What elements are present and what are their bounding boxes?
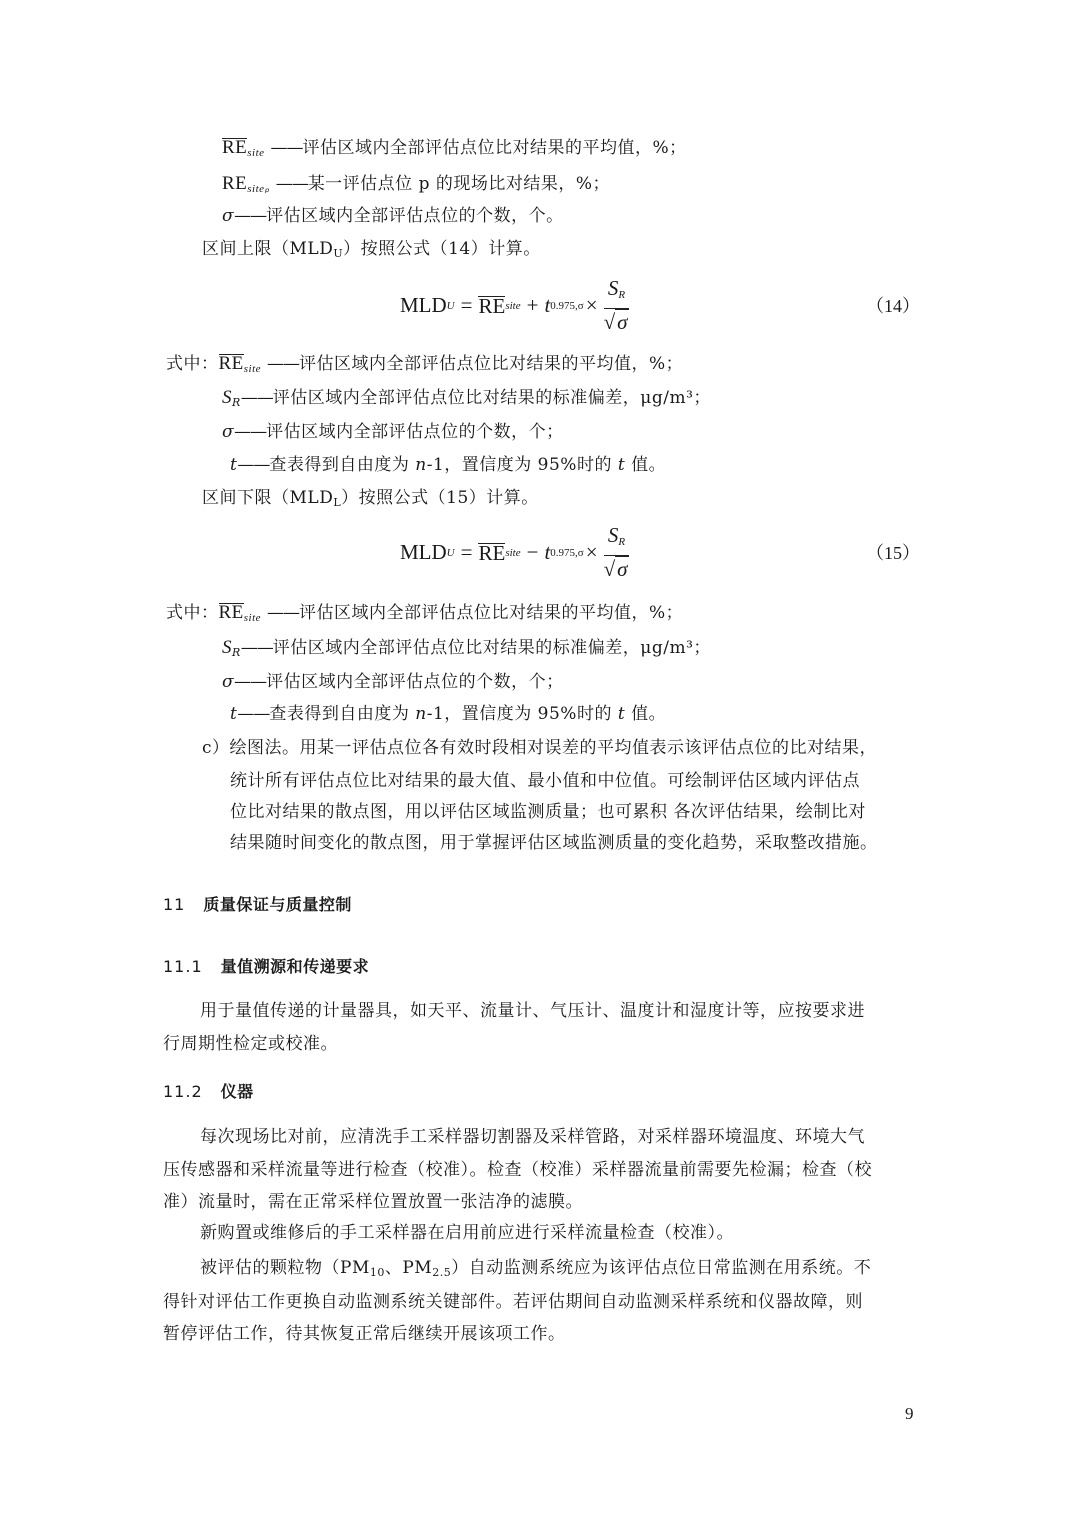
definition-sigma: σ——评估区域内全部评估点位的个数，个；: [222, 421, 564, 443]
section-11-2-p1-line-2: 压传感器和采样流量等进行检查（校准）。检查（校准）采样器流量前需要先检漏；检查（…: [163, 1159, 872, 1181]
section-heading-11: 11质量保证与质量控制: [163, 894, 352, 916]
page-number: 9: [905, 1404, 914, 1424]
document-page: REsite ——评估区域内全部评估点位比对结果的平均值，%； REsiteₚ …: [0, 0, 1080, 1527]
definition-re-site-mean: REsite ——评估区域内全部评估点位比对结果的平均值，%；: [222, 137, 687, 164]
method-c-line-4: 结果随时间变化的散点图，用于掌握评估区域监测质量的变化趋势，采取整改措施。: [230, 832, 878, 854]
section-11-1-line-1: 用于量值传递的计量器具，如天平、流量计、气压计、温度计和湿度计等，应按要求进: [200, 1000, 865, 1022]
definition-re-site-p: REsiteₚ ——某一评估点位 p 的现场比对结果，%；: [222, 173, 610, 200]
section-11-2-p3-line-2: 得针对评估工作更换自动监测系统关键部件。若评估期间自动监测采样系统和仪器故障，则: [163, 1291, 863, 1313]
section-heading-11-1: 11.1量值溯源和传递要求: [163, 956, 369, 978]
definition-sigma: σ——评估区域内全部评估点位的个数，个。: [222, 205, 564, 227]
formula-14: MLDU = REsite + t0.975,σ × SR √σ: [400, 276, 629, 335]
formula-15: MLDU = REsite − t0.975,σ × SR √σ: [400, 523, 629, 582]
section-11-1-line-2: 行周期性检定或校准。: [163, 1033, 338, 1055]
definition-block-14: 式中：REsite ——评估区域内全部评估点位比对结果的平均值，%；: [166, 353, 683, 380]
section-11-2-p1-line-3: 准）流量时，需在正常采样位置放置一张洁净的滤膜。: [163, 1191, 583, 1213]
equation-number-14: （14）: [866, 292, 920, 318]
equation-number-15: （15）: [866, 539, 920, 565]
definition-sr: SR——评估区域内全部评估点位比对结果的标准偏差，μg/m³；: [222, 387, 711, 414]
section-11-2-p1-line-1: 每次现场比对前，应清洗手工采样器切割器及采样管路，对采样器环境温度、环境大气: [200, 1126, 865, 1148]
lower-limit-intro: 区间下限（MLDL）按照公式（15）计算。: [202, 487, 539, 514]
method-c-line-1: c）绘图法。用某一评估点位各有效时段相对误差的平均值表示该评估点位的比对结果，: [202, 737, 877, 759]
section-11-2-p3-line-1: 被评估的颗粒物（PM10、PM2.5）自动监测系统应为该评估点位日常监测在用系统…: [200, 1257, 871, 1284]
section-11-2-p3-line-3: 暂停评估工作，待其恢复正常后继续开展该项工作。: [163, 1323, 566, 1345]
method-c-line-3: 位比对结果的散点图，用以评估区域监测质量；也可累积 各次评估结果，绘制比对: [230, 801, 866, 823]
definition-block-15: 式中：REsite ——评估区域内全部评估点位比对结果的平均值，%；: [166, 602, 683, 629]
method-c-line-2: 统计所有评估点位比对结果的最大值、最小值和中位值。可绘制评估区域内评估点: [230, 770, 860, 792]
section-heading-11-2: 11.2仪器: [163, 1081, 254, 1103]
definition-t: t——查表得到自由度为 n-1，置信度为 95%时的 t 值。: [230, 703, 666, 725]
section-11-2-p2: 新购置或维修后的手工采样器在启用前应进行采样流量检查（校准）。: [200, 1222, 734, 1244]
fraction: SR √σ: [604, 276, 630, 335]
upper-limit-intro: 区间上限（MLDU）按照公式（14）计算。: [202, 238, 541, 265]
re-symbol: RE: [222, 138, 247, 157]
definition-sigma: σ——评估区域内全部评估点位的个数，个；: [222, 671, 564, 693]
fraction: SR √σ: [604, 523, 630, 582]
definition-sr: SR——评估区域内全部评估点位比对结果的标准偏差，μg/m³；: [222, 637, 711, 664]
definition-t: t——查表得到自由度为 n-1，置信度为 95%时的 t 值。: [230, 454, 666, 476]
